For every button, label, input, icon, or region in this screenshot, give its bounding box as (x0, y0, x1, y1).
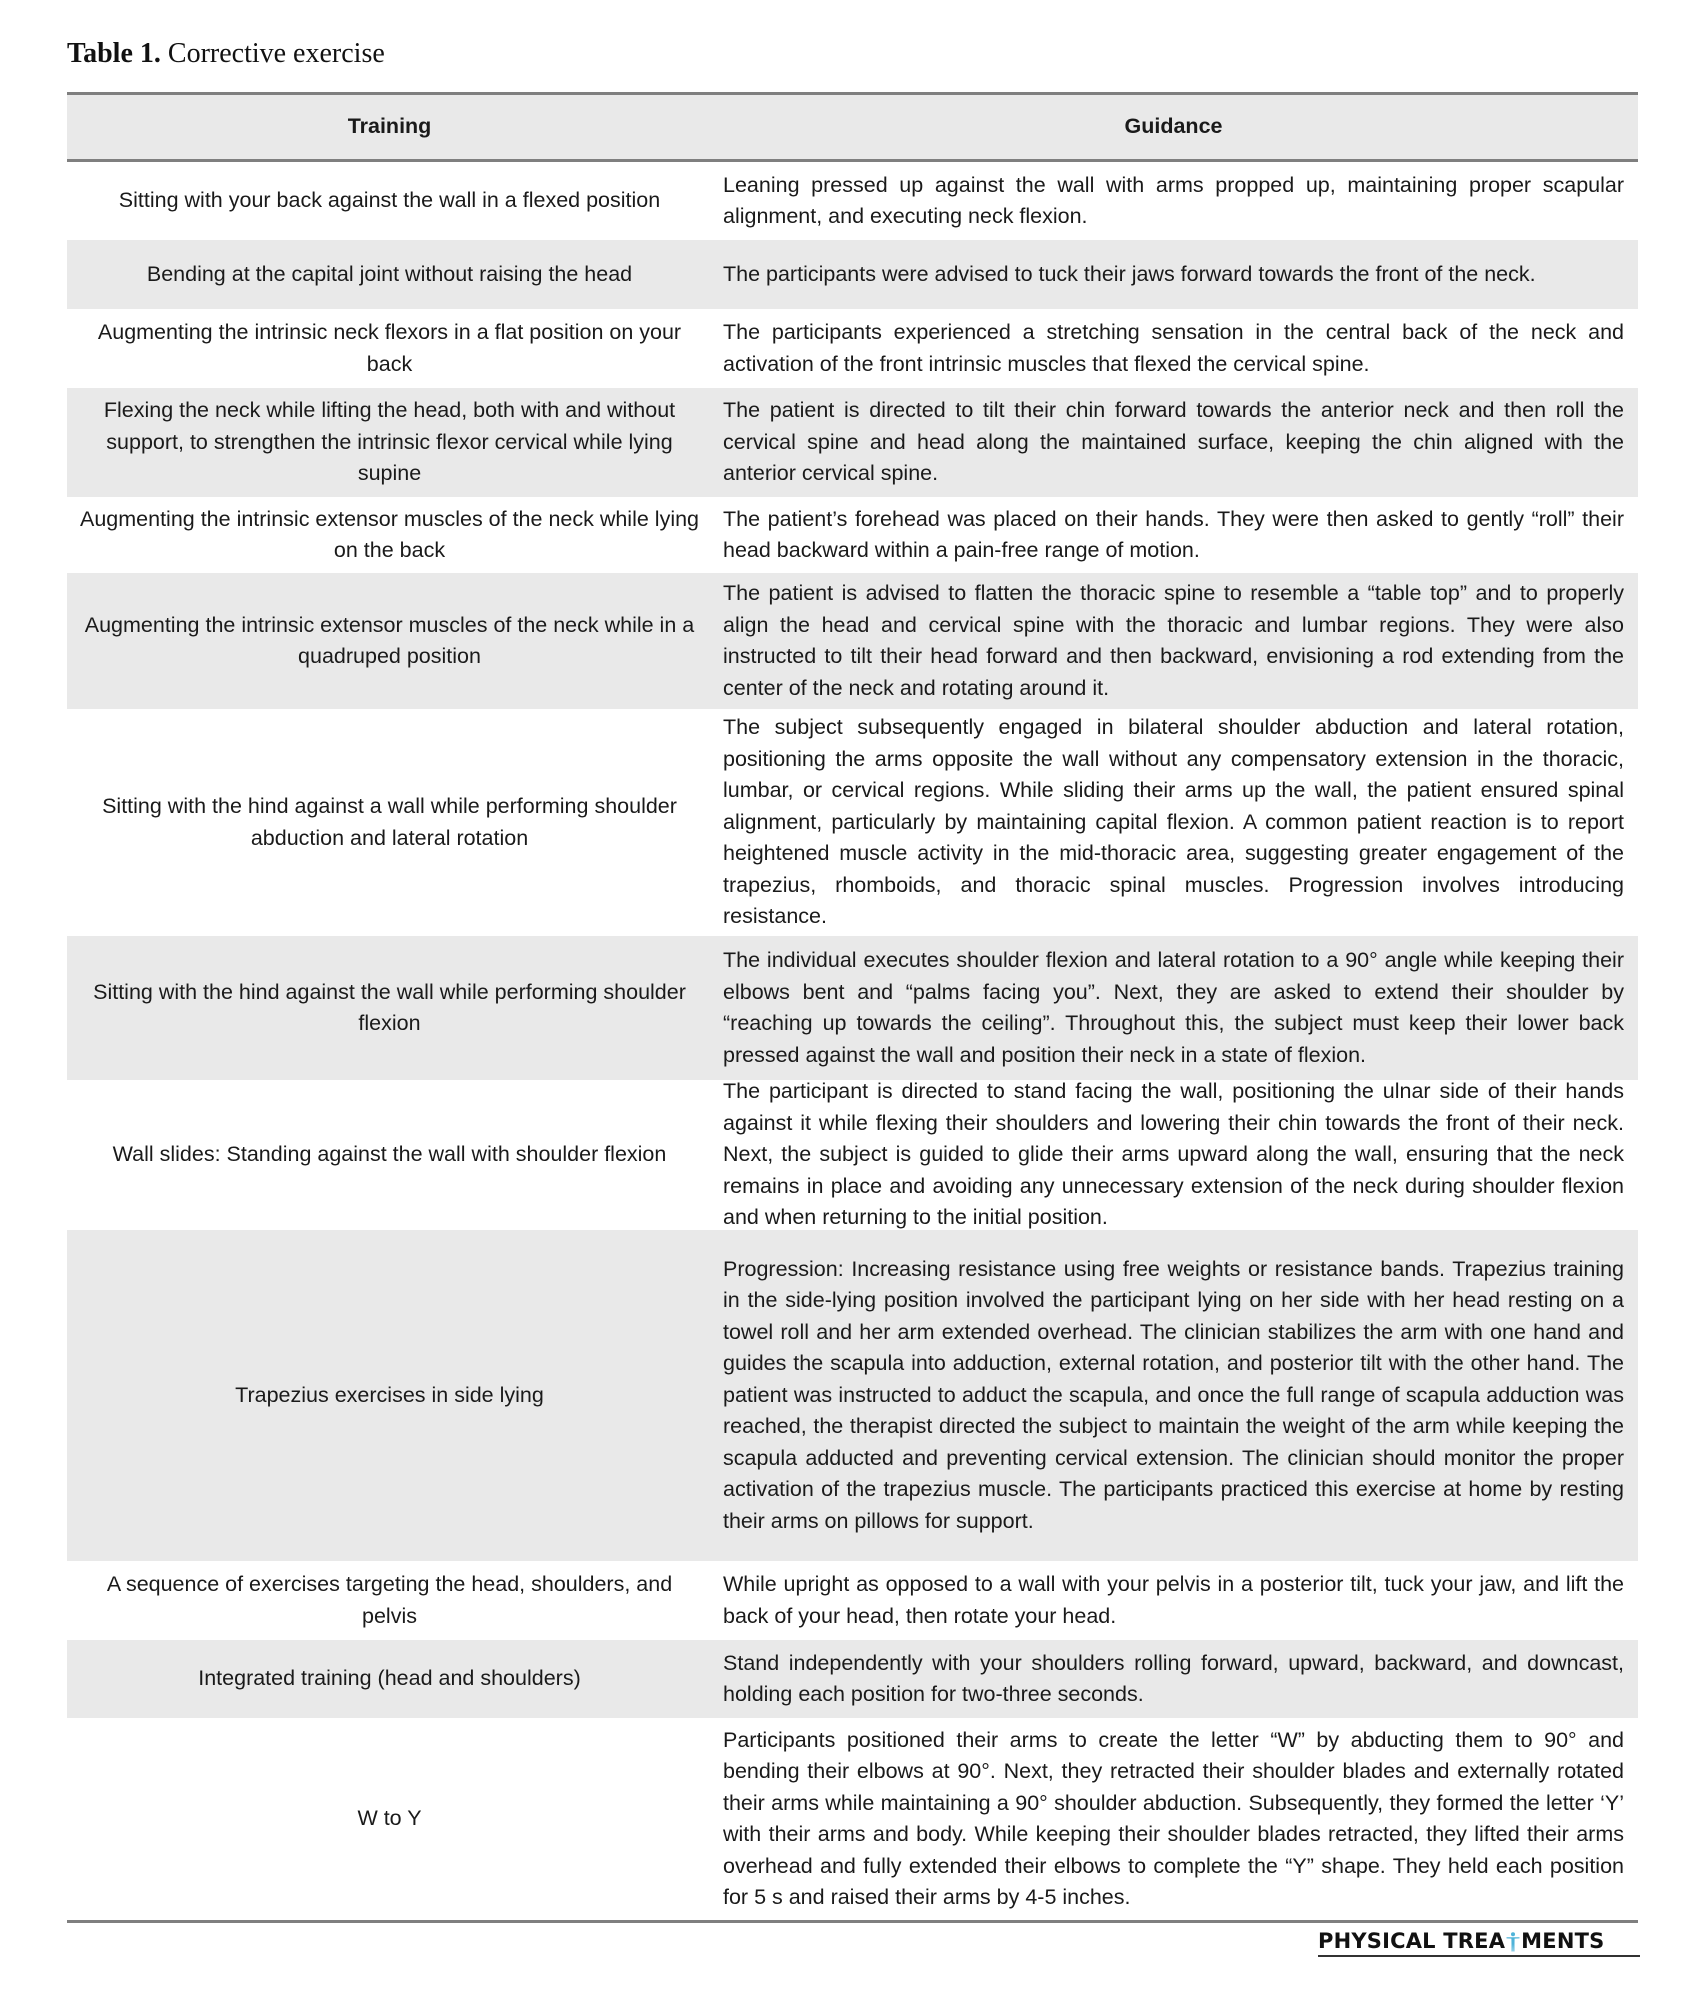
training-cell: Sitting with the hind against the wall w… (67, 936, 712, 1080)
training-cell: Flexing the neck while lifting the head,… (67, 388, 712, 497)
training-cell: Wall slides: Standing against the wall w… (67, 1080, 712, 1230)
guidance-cell: The patient is advised to flatten the th… (712, 573, 1638, 709)
table-caption: Table 1. Corrective exercise (67, 38, 385, 70)
training-cell: Augmenting the intrinsic extensor muscle… (67, 497, 712, 573)
training-cell: Augmenting the intrinsic extensor muscle… (67, 573, 712, 709)
table-caption-label: Table 1. (67, 38, 161, 69)
table-row: A sequence of exercises targeting the he… (67, 1561, 1638, 1640)
human-figure-icon (1506, 1932, 1520, 1952)
training-cell: Integrated training (head and shoulders) (67, 1640, 712, 1718)
guidance-cell: The individual executes shoulder flexion… (712, 936, 1638, 1080)
training-cell: Augmenting the intrinsic neck flexors in… (67, 309, 712, 388)
table-row: Sitting with the hind against the wall w… (67, 936, 1638, 1080)
logo-wordmark: PHYSICAL TREA MENTS (1318, 1929, 1640, 1953)
guidance-cell: Participants positioned their arms to cr… (712, 1718, 1638, 1920)
training-cell: W to Y (67, 1718, 712, 1920)
table-row: Trapezius exercises in side lying Progre… (67, 1230, 1638, 1561)
training-cell: Trapezius exercises in side lying (67, 1230, 712, 1561)
table-row: Wall slides: Standing against the wall w… (67, 1080, 1638, 1230)
table-row: W to Y Participants positioned their arm… (67, 1718, 1638, 1920)
table-row: Sitting with the hind against a wall whi… (67, 709, 1638, 936)
training-cell: A sequence of exercises targeting the he… (67, 1561, 712, 1640)
guidance-cell: The participant is directed to stand fac… (712, 1080, 1638, 1230)
guidance-cell: The patient is directed to tilt their ch… (712, 388, 1638, 497)
table-caption-text: Corrective exercise (168, 38, 385, 69)
guidance-cell: The participants were advised to tuck th… (712, 240, 1638, 309)
training-cell: Bending at the capital joint without rai… (67, 240, 712, 309)
table-row: Bending at the capital joint without rai… (67, 240, 1638, 309)
table-bottom-rule (67, 1920, 1638, 1923)
table-row: Integrated training (head and shoulders)… (67, 1640, 1638, 1718)
guidance-cell: Stand independently with your shoulders … (712, 1640, 1638, 1718)
table-header-row: Training Guidance (67, 95, 1638, 162)
table-row: Sitting with your back against the wall … (67, 162, 1638, 240)
guidance-cell: The patient’s forehead was placed on the… (712, 497, 1638, 573)
guidance-cell: The participants experienced a stretchin… (712, 309, 1638, 388)
publisher-logo: PHYSICAL TREA MENTS (1318, 1929, 1640, 1959)
table-row: Augmenting the intrinsic extensor muscle… (67, 497, 1638, 573)
column-header-training: Training (67, 95, 712, 159)
table-row: Augmenting the intrinsic extensor muscle… (67, 573, 1638, 709)
corrective-exercise-table: Training Guidance Sitting with your back… (67, 92, 1638, 1920)
table-row: Augmenting the intrinsic neck flexors in… (67, 309, 1638, 388)
guidance-cell: Leaning pressed up against the wall with… (712, 162, 1638, 240)
guidance-cell: The subject subsequently engaged in bila… (712, 709, 1638, 936)
training-cell: Sitting with your back against the wall … (67, 162, 712, 240)
logo-underline (1318, 1955, 1640, 1957)
guidance-cell: Progression: Increasing resistance using… (712, 1230, 1638, 1561)
table-row: Flexing the neck while lifting the head,… (67, 388, 1638, 497)
training-cell: Sitting with the hind against a wall whi… (67, 709, 712, 936)
guidance-cell: While upright as opposed to a wall with … (712, 1561, 1638, 1640)
column-header-guidance: Guidance (712, 95, 1638, 159)
